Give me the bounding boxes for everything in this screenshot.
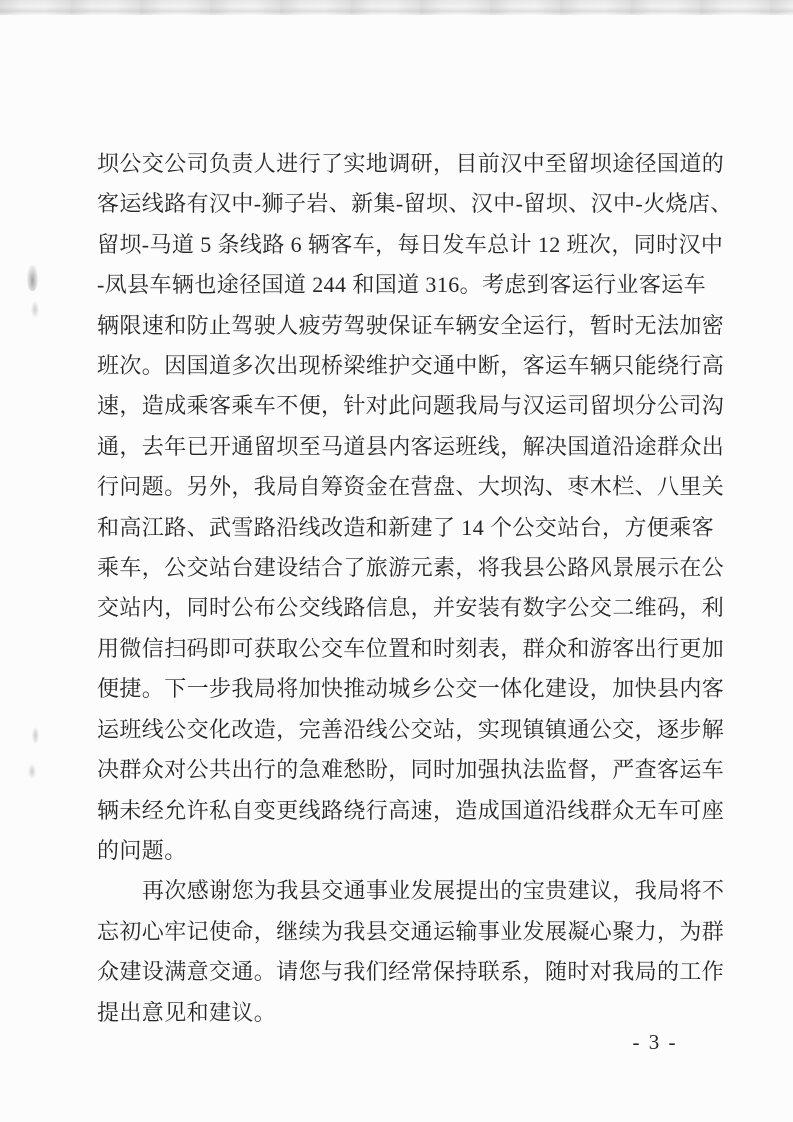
text-line: -凤县车辆也途径国道 244 和国道 316。考虑到客运行业客运车	[97, 265, 692, 305]
scan-artifact-margin-mark	[27, 265, 38, 291]
text-line: 客运线路有汉中-狮子岩、新集-留坝、汉中-留坝、汉中-火烧店、	[97, 184, 692, 224]
text-line: 的问题。	[97, 831, 692, 871]
text-line: 用微信扫码即可获取公交车位置和时刻表，群众和游客出行更加	[97, 629, 692, 669]
scan-artifact-top-edge	[0, 0, 793, 15]
text-line: 便捷。下一步我局将加快推动城乡公交一体化建设，加快县内客	[97, 669, 692, 709]
text-line: 辆未经允许私自变更线路绕行高速，造成国道沿线群众无车可座	[97, 791, 692, 831]
body-text: 坝公交公司负责人进行了实地调研，目前汉中至留坝途径国道的客运线路有汉中-狮子岩、…	[97, 144, 692, 1033]
scan-artifact-margin-mark	[28, 764, 36, 779]
text-line: 和高江路、武雪路沿线改造和新建了 14 个公交站台，方便乘客	[97, 508, 692, 548]
text-line: 众建设满意交通。请您与我们经常保持联系，随时对我局的工作	[97, 952, 692, 992]
text-line: 决群众对公共出行的急难愁盼，同时加强执法监督，严查客运车	[97, 750, 692, 790]
text-line: 留坝-马道 5 条线路 6 辆客车，每日发车总计 12 班次，同时汉中	[97, 225, 692, 265]
scan-artifact-margin-mark	[31, 301, 39, 318]
text-line: 班次。因国道多次出现桥梁维护交通中断，客运车辆只能绕行高	[97, 346, 692, 386]
text-line: 坝公交公司负责人进行了实地调研，目前汉中至留坝途径国道的	[97, 144, 692, 184]
text-line: 提出意见和建议。	[97, 993, 692, 1033]
text-line: 运班线公交化改造，完善沿线公交站，实现镇镇通公交，逐步解	[97, 710, 692, 750]
text-line: 辆限速和防止驾驶人疲劳驾驶保证车辆安全运行，暂时无法加密	[97, 306, 692, 346]
document-page: 坝公交公司负责人进行了实地调研，目前汉中至留坝途径国道的客运线路有汉中-狮子岩、…	[0, 0, 793, 1122]
text-line: 再次感谢您为我县交通事业发展提出的宝贵建议，我局将不	[97, 871, 692, 911]
text-line: 交站内，同时公布公交线路信息，并安装有数字公交二维码，利	[97, 588, 692, 628]
text-line: 乘车，公交站台建设结合了旅游元素，将我县公路风景展示在公	[97, 548, 692, 588]
text-line: 通，去年已开通留坝至马道县内客运班线，解决国道沿途群众出	[97, 427, 692, 467]
text-line: 忘初心牢记使命，继续为我县交通运输事业发展凝心聚力，为群	[97, 912, 692, 952]
page-number: - 3 -	[620, 1030, 690, 1055]
text-line: 速，造成乘客乘车不便，针对此问题我局与汉运司留坝分公司沟	[97, 386, 692, 426]
scan-artifact-margin-mark	[32, 727, 39, 744]
text-line: 行问题。另外，我局自筹资金在营盘、大坝沟、枣木栏、八里关	[97, 467, 692, 507]
